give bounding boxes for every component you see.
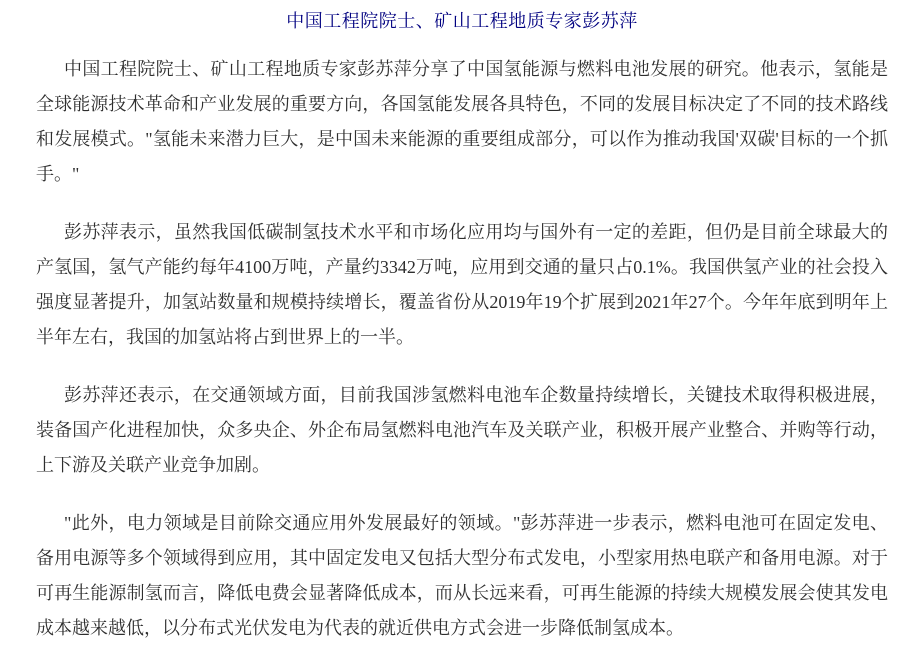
article-page: 中国工程院院士、矿山工程地质专家彭苏萍 中国工程院院士、矿山工程地质专家彭苏萍分… [0,0,924,659]
article-title: 中国工程院院士、矿山工程地质专家彭苏萍 [36,5,888,37]
article-paragraph-2: 彭苏萍表示，虽然我国低碳制氢技术水平和市场化应用均与国外有一定的差距，但仍是目前… [36,215,888,355]
article-paragraph-1: 中国工程院院士、矿山工程地质专家彭苏萍分享了中国氢能源与燃料电池发展的研究。他表… [36,52,888,192]
article-paragraph-3: 彭苏萍还表示，在交通领域方面，目前我国涉氢燃料电池车企数量持续增长，关键技术取得… [36,378,888,483]
article-paragraph-4: "此外，电力领域是目前除交通应用外发展最好的领域。"彭苏萍进一步表示，燃料电池可… [36,506,888,646]
